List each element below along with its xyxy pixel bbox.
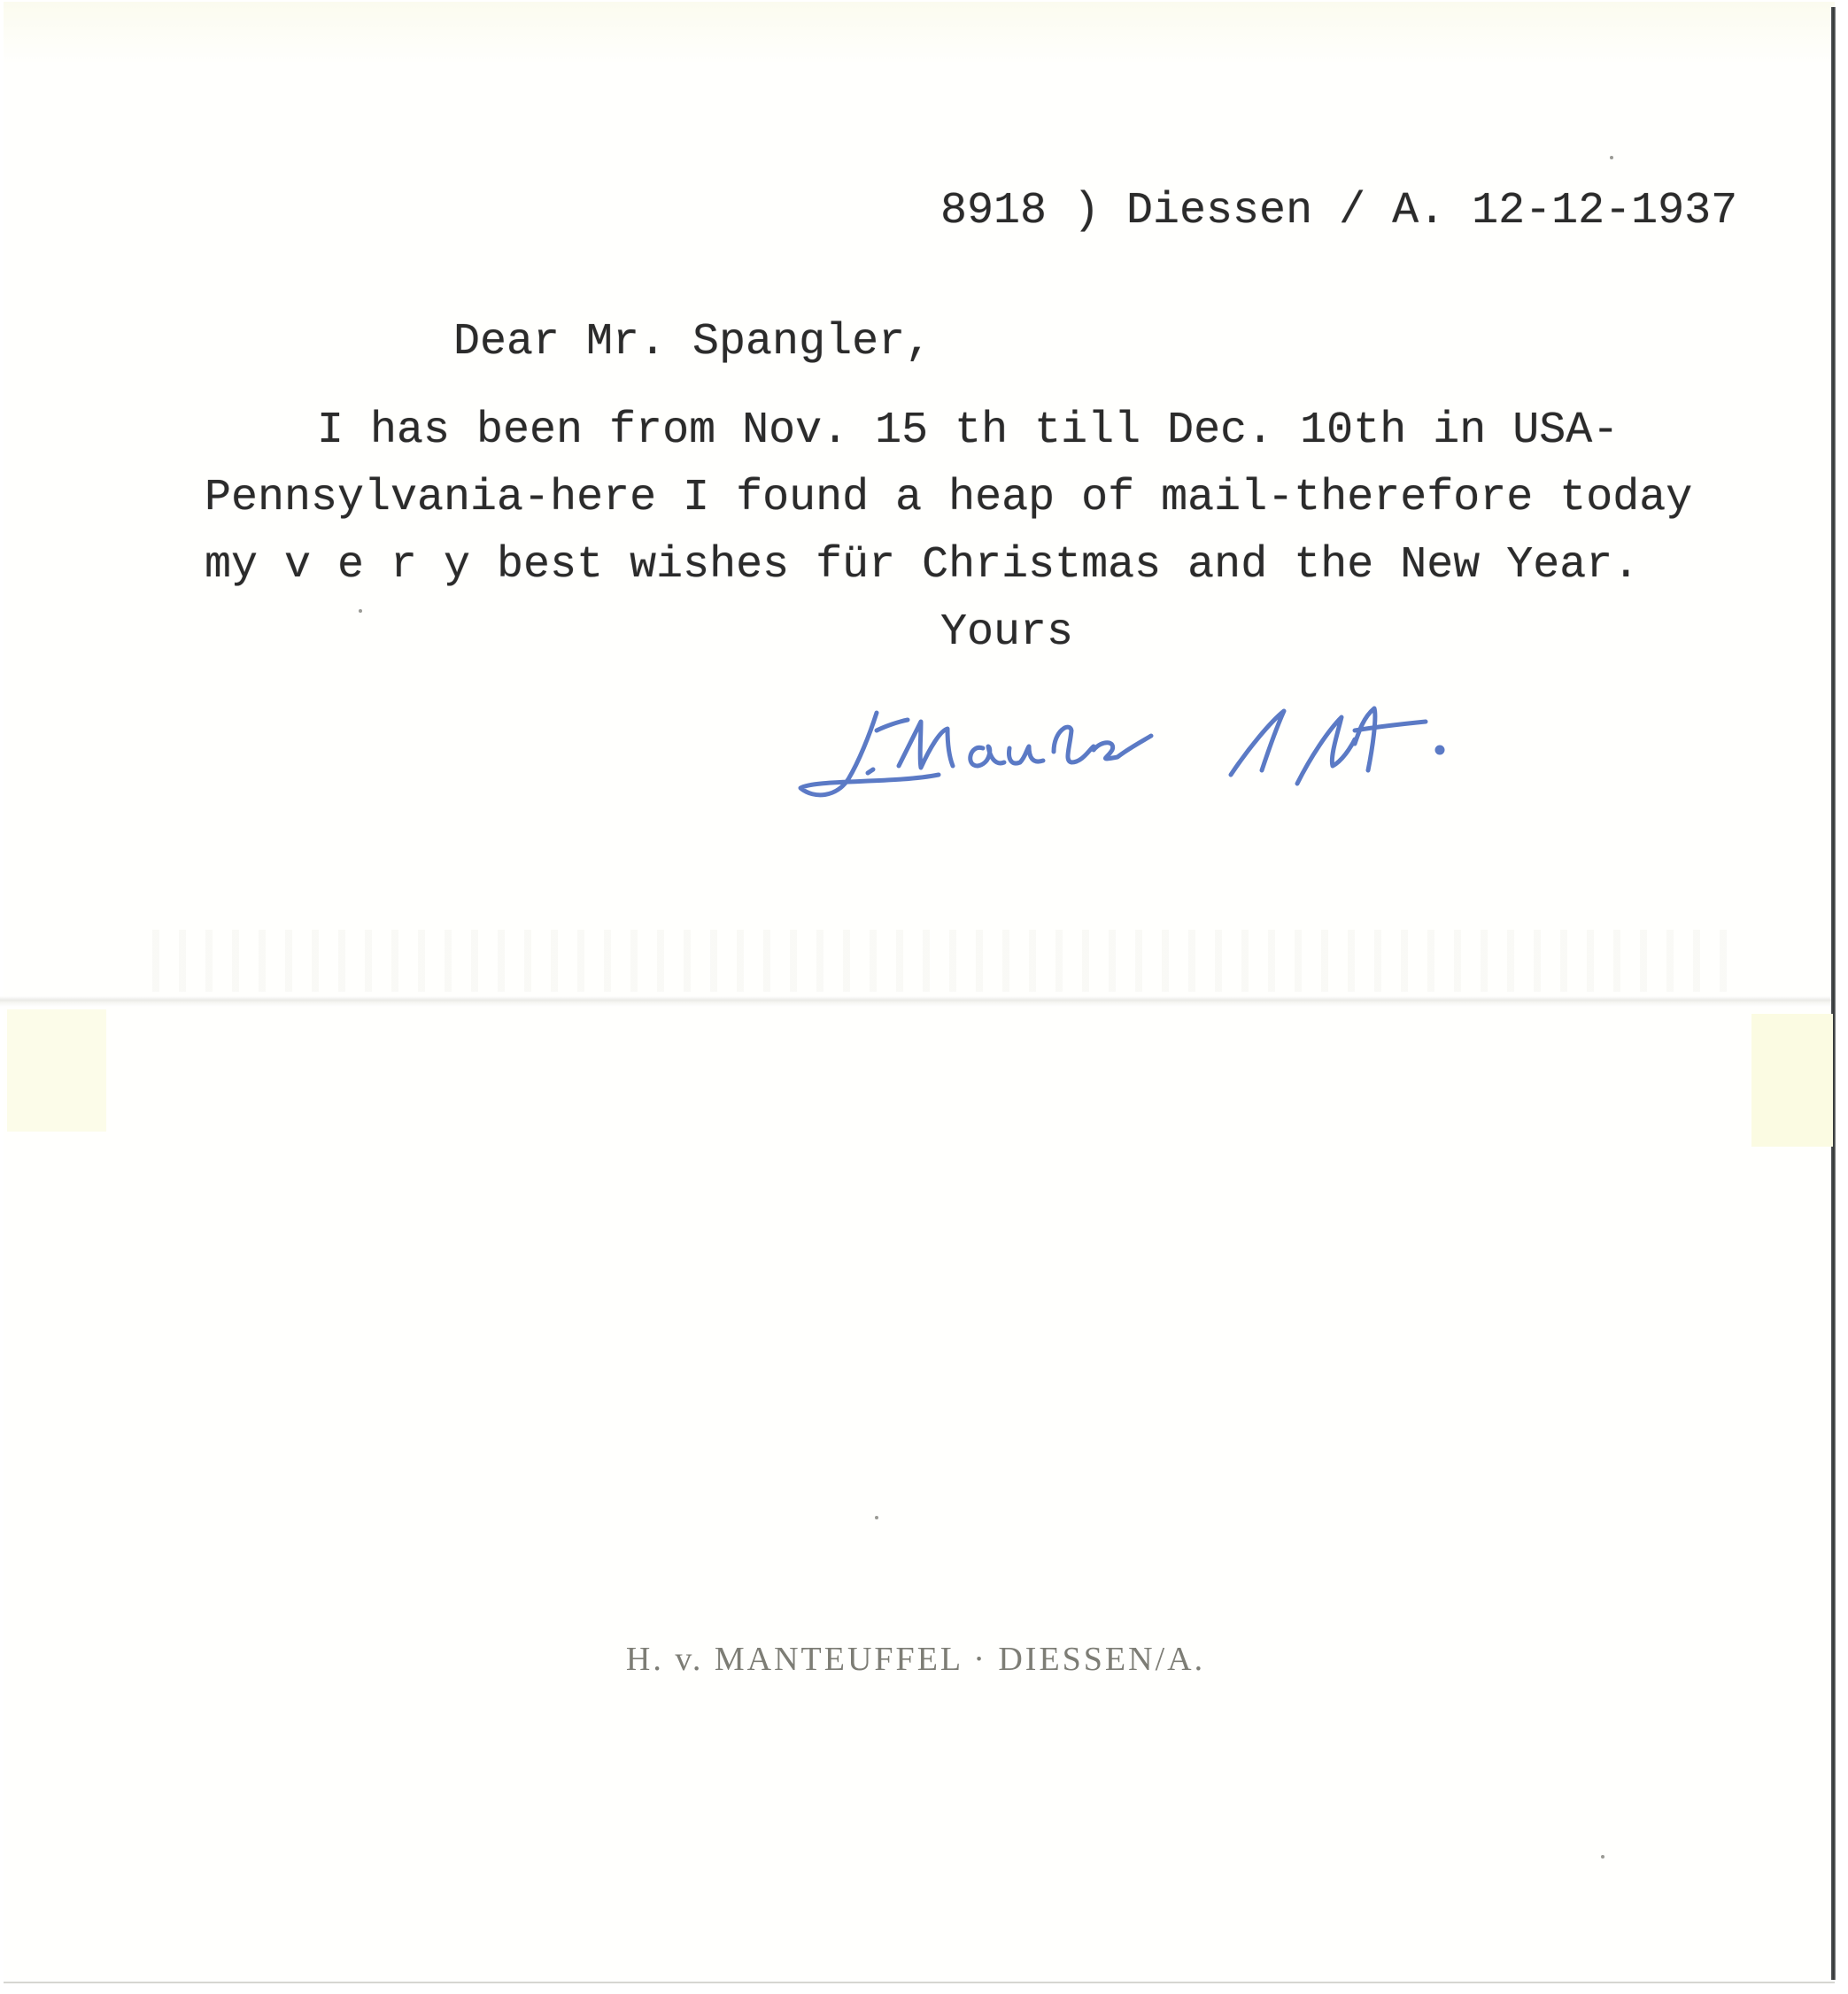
closing: Yours (940, 611, 1073, 655)
letterhead-footer: H. v. MANTEUFFEL · DIESSEN/A. (0, 1640, 1831, 1679)
bleed-through-band (133, 930, 1727, 992)
paper-right-edge-shadow (1831, 7, 1836, 1980)
date-line: 8918 ) Diessen / A. 12-12-1937 (940, 189, 1737, 234)
paper-speck (1601, 1855, 1604, 1859)
letter-paper (4, 2, 1835, 1983)
body-line: Pennsylvania-here I found a heap of mail… (205, 476, 1692, 521)
body-line: my v e r y best wishes für Christmas and… (205, 544, 1639, 588)
paper-speck (1610, 156, 1613, 159)
aged-tint-right (1751, 1014, 1833, 1147)
body-line: I has been from Nov. 15 th till Dec. 10t… (317, 409, 1619, 453)
paper-speck (359, 609, 362, 613)
paper-speck (875, 1516, 878, 1519)
fold-crease (0, 996, 1831, 1007)
aged-tint-left (7, 1009, 106, 1132)
signature-icon (788, 695, 1523, 828)
paper-top-tint (4, 2, 1835, 64)
salutation: Dear Mr. Spangler, (453, 321, 932, 365)
